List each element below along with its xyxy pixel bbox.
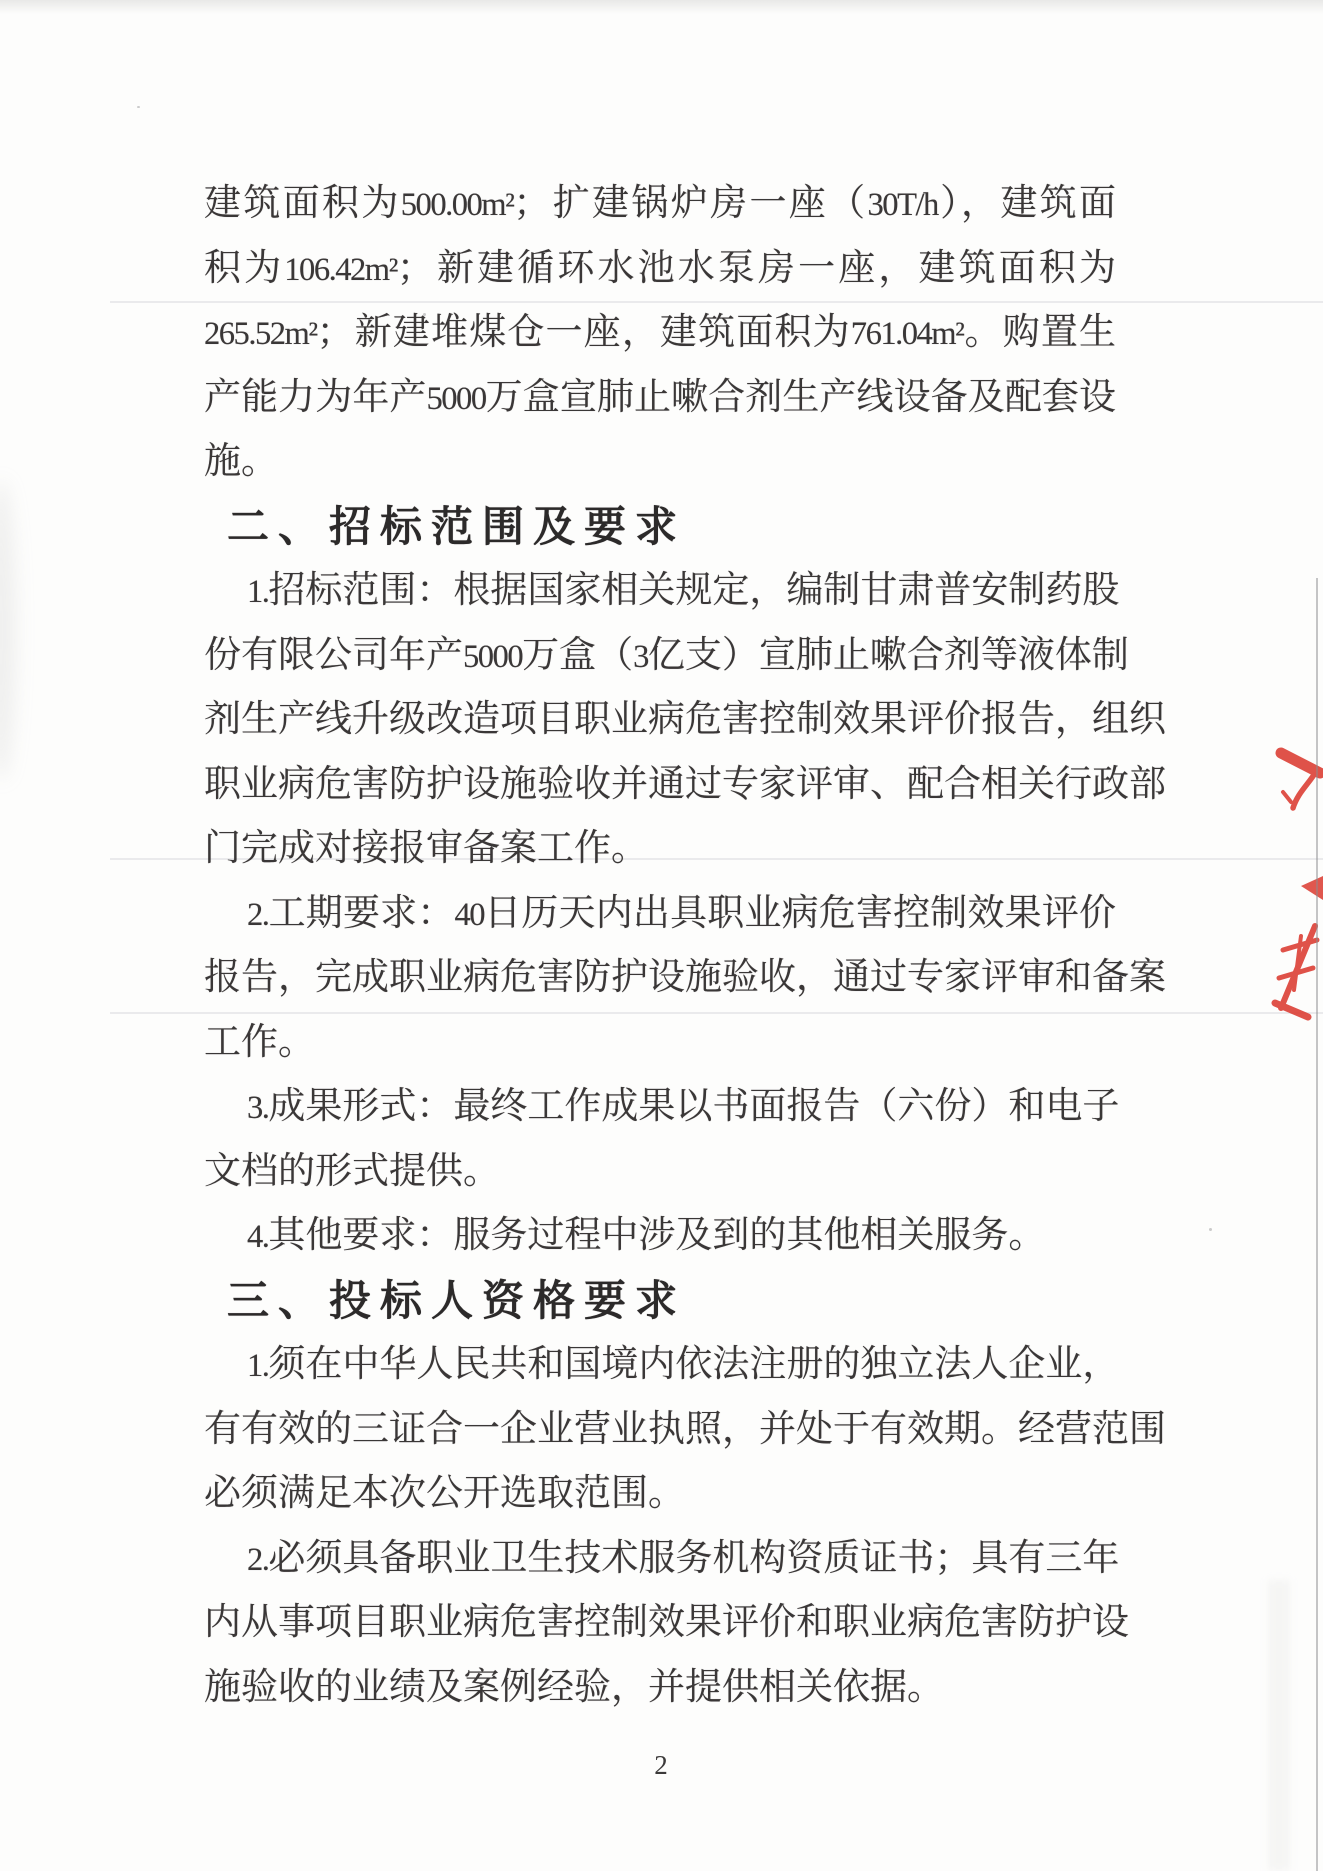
numeric-text: 106.42m² — [284, 252, 397, 288]
numeric-text: 500.00m² — [401, 187, 514, 223]
text-line: 报告，完成职业病危害防护设施验收，通过专家评审和备案 — [204, 946, 1116, 1011]
text-line: 3.成果形式：最终工作成果以书面报告（六份）和电子 — [204, 1075, 1116, 1140]
text-line: 产能力为年产5000万盒宣肺止嗽合剂生产线设备及配套设 — [204, 366, 1116, 431]
text-line: 1.招标范围：根据国家相关规定，编制甘肃普安制药股 — [204, 559, 1116, 624]
seal-stroke — [1293, 770, 1317, 808]
text-line: 必须满足本次公开选取范围。 — [204, 1462, 1116, 1527]
numeric-text: 265.52m² — [204, 316, 317, 352]
text-line: 有有效的三证合一企业营业执照，并处于有效期。经营范围 — [204, 1398, 1116, 1463]
numeric-text: 5000 — [463, 639, 522, 675]
scan-speck — [1209, 1228, 1212, 1231]
numeric-text: 761.04m² — [851, 316, 964, 352]
scan-smudge-left — [0, 480, 16, 780]
text-line: 份有限公司年产5000万盒（3亿支）宣肺止嗽合剂等液体制 — [204, 624, 1116, 689]
numeric-text: 30T/h — [868, 187, 938, 223]
page-number: 2 — [0, 1750, 1323, 1781]
scan-smudge-right — [1268, 1580, 1290, 1871]
text-line: 文档的形式提供。 — [204, 1140, 1116, 1205]
text-line: 1.须在中华人民共和国境内依法注册的独立法人企业， — [204, 1333, 1116, 1398]
numeric-text: 3. — [247, 1090, 268, 1126]
text-line: 内从事项目职业病危害控制效果评价和职业病危害防护设 — [204, 1591, 1116, 1656]
scan-edge-right — [1316, 578, 1318, 1871]
seal-stroke — [1283, 792, 1291, 802]
text-line: 建筑面积为500.00m²；扩建锅炉房一座（30T/h），建筑面 — [204, 172, 1116, 237]
scan-speck — [137, 106, 140, 108]
numeric-text: 2. — [247, 1542, 268, 1578]
text-line: 施。 — [204, 430, 1116, 495]
numeric-text: 1. — [247, 574, 268, 610]
numeric-text: 5000 — [427, 381, 486, 417]
section-heading: 三、投标人资格要求 — [204, 1269, 1116, 1334]
text-line: 积为106.42m²；新建循环水池水泵房一座，建筑面积为 — [204, 237, 1116, 302]
text-line: 2.必须具备职业卫生技术服务机构资质证书；具有三年 — [204, 1527, 1116, 1592]
numeric-text: 3 — [633, 639, 648, 675]
text-line: 265.52m²；新建堆煤仓一座，建筑面积为761.04m²。购置生 — [204, 301, 1116, 366]
text-line: 4.其他要求：服务过程中涉及到的其他相关服务。 — [204, 1204, 1116, 1269]
text-line: 剂生产线升级改造项目职业病危害控制效果评价报告，组织 — [204, 688, 1116, 753]
section-heading: 二、招标范围及要求 — [204, 495, 1116, 560]
text-line: 门完成对接报审备案工作。 — [204, 817, 1116, 882]
numeric-text: 40 — [454, 897, 484, 933]
document-text-block: 建筑面积为500.00m²；扩建锅炉房一座（30T/h），建筑面积为106.42… — [204, 0, 1116, 1720]
text-line: 2.工期要求：40日历天内出具职业病危害控制效果评价 — [204, 882, 1116, 947]
text-line: 工作。 — [204, 1011, 1116, 1076]
scanned-document-page: 建筑面积为500.00m²；扩建锅炉房一座（30T/h），建筑面积为106.42… — [0, 0, 1323, 1871]
seal-triangle-fragment — [1301, 876, 1323, 900]
text-line: 职业病危害防护设施验收并通过专家评审、配合相关行政部 — [204, 753, 1116, 818]
numeric-text: 2. — [247, 897, 268, 933]
text-line: 施验收的业绩及案例经验，并提供相关依据。 — [204, 1656, 1116, 1721]
numeric-text: 1. — [247, 1348, 268, 1384]
numeric-text: 4. — [247, 1219, 268, 1255]
